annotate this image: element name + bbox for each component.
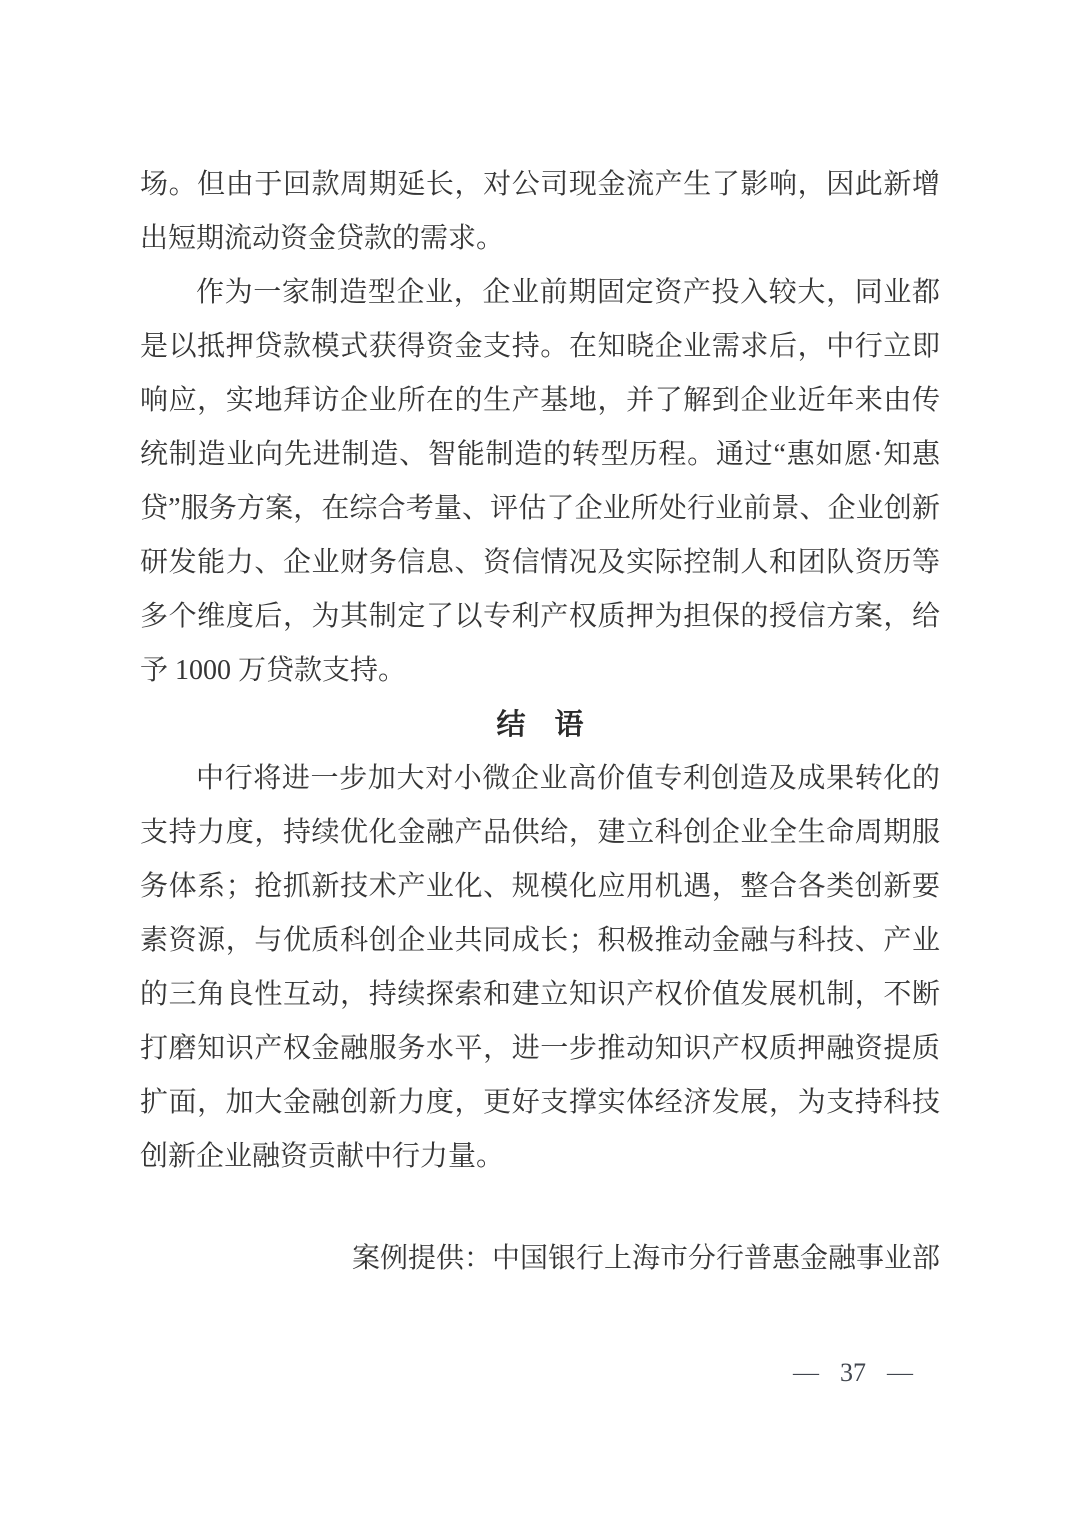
attribution-line: 案例提供：中国银行上海市分行普惠金融事业部	[140, 1232, 940, 1286]
footer-dash-right: —	[887, 1360, 913, 1387]
document-page: 场。但由于回款周期延长，对公司现金流产生了影响，因此新增出短期流动资金贷款的需求…	[0, 0, 1080, 1527]
section-heading-conclusion: 结 语	[140, 698, 940, 752]
footer-dash-left: —	[793, 1360, 819, 1387]
paragraph-conclusion: 中行将进一步加大对小微企业高价值专利创造及成果转化的支持力度，持续优化金融产品供…	[140, 752, 940, 1184]
paragraph-continuation: 场。但由于回款周期延长，对公司现金流产生了影响，因此新增出短期流动资金贷款的需求…	[140, 158, 940, 266]
page-number: 37	[840, 1358, 866, 1388]
paragraph-case-detail: 作为一家制造型企业，企业前期固定资产投入较大，同业都是以抵押贷款模式获得资金支持…	[140, 266, 940, 698]
page-content: 场。但由于回款周期延长，对公司现金流产生了影响，因此新增出短期流动资金贷款的需求…	[140, 158, 940, 1286]
page-footer: — 37 —	[793, 1358, 913, 1388]
